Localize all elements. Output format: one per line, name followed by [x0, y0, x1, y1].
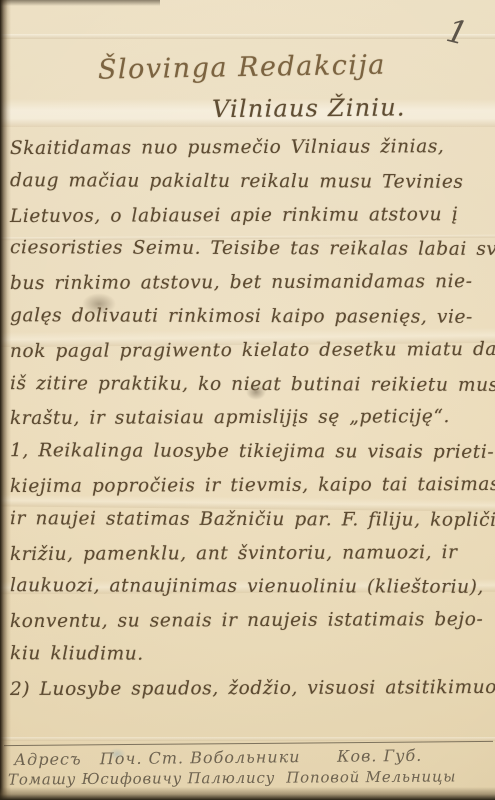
- handwritten-line: laukuozi, atnaujinimas vienuoliniu (klie…: [10, 576, 493, 611]
- scan-edge-top: [0, 0, 160, 6]
- handwritten-line: kiejima popročieis ir tievmis, kaipo tai…: [10, 474, 493, 510]
- handwritten-line: kiu kliudimu.: [10, 643, 493, 678]
- handwritten-line: daug mačiau pakialtu reikalu musu Tevini…: [10, 170, 493, 205]
- letter-body: Skaitidamas nuo pusmečio Vilniaus žinias…: [10, 137, 493, 712]
- letter-heading-line1: Šlovinga Redakcija: [98, 49, 398, 85]
- handwritten-line: galęs dolivauti rinkimosi kaipo pasenięs…: [10, 305, 493, 340]
- handwritten-line: kraštu, ir sutaisiau apmislijįs sę „peti…: [10, 406, 493, 442]
- handwritten-line: 1, Reikalinga luosybe tikiejima su visai…: [10, 440, 493, 475]
- handwritten-line: nok pagal pragiwento kielato desetku mia…: [10, 339, 493, 375]
- letter-heading-line2: Vilniaus Žiniu.: [212, 93, 472, 123]
- paper-crease: [0, 34, 495, 39]
- pencil-page-number: 1: [443, 14, 470, 50]
- pencil-address-line1: Адресъ Поч. Ст. Вобольники Ков. Губ.: [14, 746, 422, 769]
- handwritten-line: Lietuvos, o labiausei apie rinkimu atsto…: [10, 204, 493, 240]
- handwritten-line: križiu, pamenklu, ant švintoriu, namuozi…: [10, 542, 493, 578]
- handwritten-line: ir naujei statimas Bažničiu par. F. fili…: [10, 508, 493, 543]
- handwritten-line: ciesoristies Seimu. Teisibe tas reikalas…: [10, 238, 493, 273]
- handwritten-line: konventu, su senais ir naujeis istatimai…: [10, 609, 493, 645]
- handwritten-line: bus rinkimo atstovu, bet nusimanidamas n…: [10, 271, 493, 307]
- handwritten-line: 2) Luosybe spaudos, žodžio, visuosi atsi…: [10, 677, 493, 713]
- scan-edge-bottom: [0, 787, 495, 800]
- scanned-letter-page: 1 Šlovinga Redakcija Vilniaus Žiniu. Ska…: [0, 0, 495, 800]
- pencil-address-line2: Томашу Юсифовичу Палюлису Поповой Мельни…: [8, 767, 456, 788]
- paper-crease: [0, 737, 495, 741]
- scan-edge-left: [0, 0, 11, 800]
- handwritten-line: Skaitidamas nuo pusmečio Vilniaus žinias…: [10, 136, 493, 172]
- handwritten-line: iš zitire praktiku, ko nieat butinai rei…: [10, 373, 493, 408]
